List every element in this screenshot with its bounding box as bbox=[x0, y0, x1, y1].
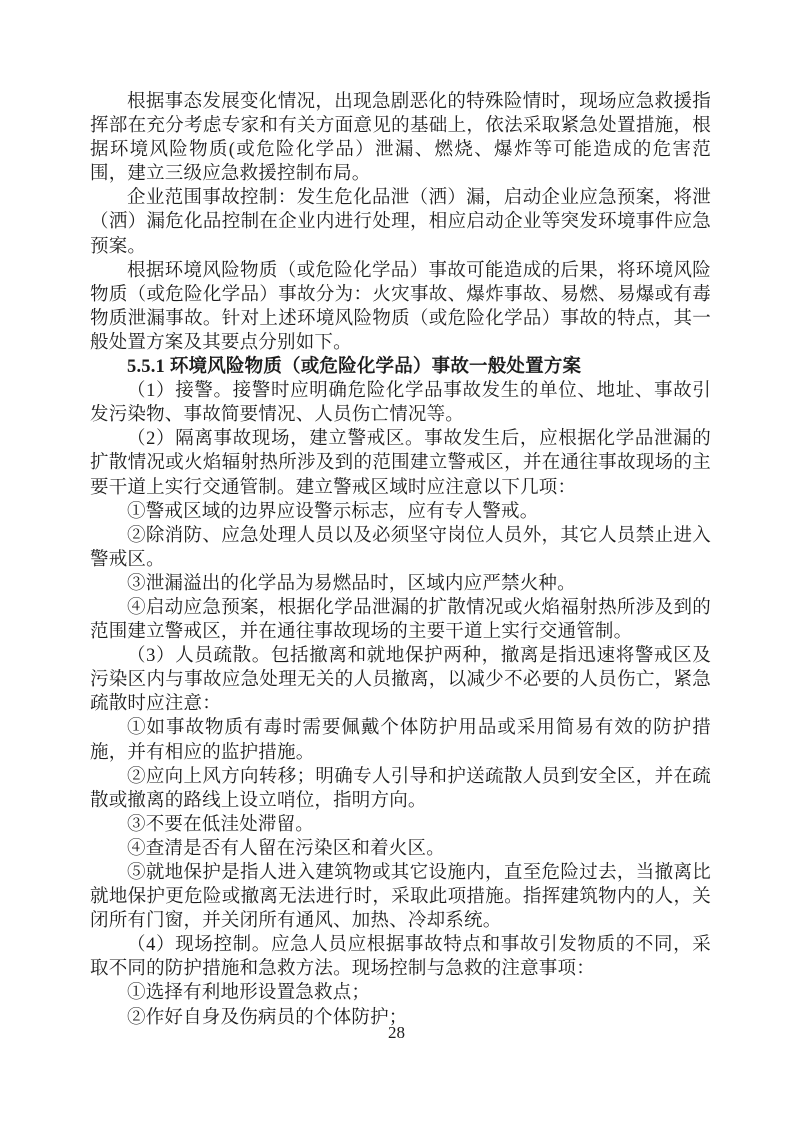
document-page: 根据事态发展变化情况，出现急剧恶化的特殊险情时，现场应急救援指挥部在充分考虑专家… bbox=[0, 0, 793, 1122]
paragraph: ①警戒区域的边界应设警示标志，应有专人警戒。 bbox=[90, 500, 711, 524]
paragraph: （4）现场控制。应急人员应根据事故特点和事故引发物质的不同，采取不同的防护措施和… bbox=[90, 933, 711, 981]
paragraph: （3）人员疏散。包括撤离和就地保护两种，撤离是指迅速将警戒区及污染区内与事故应急… bbox=[90, 644, 711, 716]
paragraph: ④启动应急预案，根据化学品泄漏的扩散情况或火焰福射热所涉及到的范围建立警戒区，并… bbox=[90, 596, 711, 644]
paragraph: ①如事故物质有毒时需要佩戴个体防护用品或采用简易有效的防护措施，并有相应的监护措… bbox=[90, 716, 711, 764]
paragraph: ③泄漏溢出的化学品为易燃品时，区域内应严禁火种。 bbox=[90, 572, 711, 596]
paragraph: 根据环境风险物质（或危险化学品）事故可能造成的后果，将环境风险物质（或危险化学品… bbox=[90, 259, 711, 355]
section-heading: 5.5.1 环境风险物质（或危险化学品）事故一般处置方案 bbox=[90, 355, 711, 379]
paragraph: ④查清是否有人留在污染区和着火区。 bbox=[90, 837, 711, 861]
document-body: 根据事态发展变化情况，出现急剧恶化的特殊险情时，现场应急救援指挥部在充分考虑专家… bbox=[90, 90, 711, 1030]
paragraph: 企业范围事故控制：发生危化品泄（洒）漏，启动企业应急预案，将泄（洒）漏危化品控制… bbox=[90, 186, 711, 258]
paragraph: ③不要在低洼处滞留。 bbox=[90, 813, 711, 837]
paragraph: 根据事态发展变化情况，出现急剧恶化的特殊险情时，现场应急救援指挥部在充分考虑专家… bbox=[90, 90, 711, 186]
paragraph: （1）接警。接警时应明确危险化学品事故发生的单位、地址、事故引发污染物、事故简要… bbox=[90, 379, 711, 427]
paragraph: ②除消防、应急处理人员以及必须坚守岗位人员外，其它人员禁止进入警戒区。 bbox=[90, 524, 711, 572]
paragraph: ①选择有利地形设置急救点； bbox=[90, 981, 711, 1005]
paragraph: ②应向上风方向转移；明确专人引导和护送疏散人员到安全区，并在疏散或撤离的路线上设… bbox=[90, 765, 711, 813]
paragraph: ⑤就地保护是指人进入建筑物或其它设施内，直至危险过去，当撤离比就地保护更危险或撤… bbox=[90, 861, 711, 933]
page-number: 28 bbox=[0, 1022, 793, 1044]
paragraph: （2）隔离事故现场，建立警戒区。事故发生后，应根据化学品泄漏的扩散情况或火焰辐射… bbox=[90, 427, 711, 499]
